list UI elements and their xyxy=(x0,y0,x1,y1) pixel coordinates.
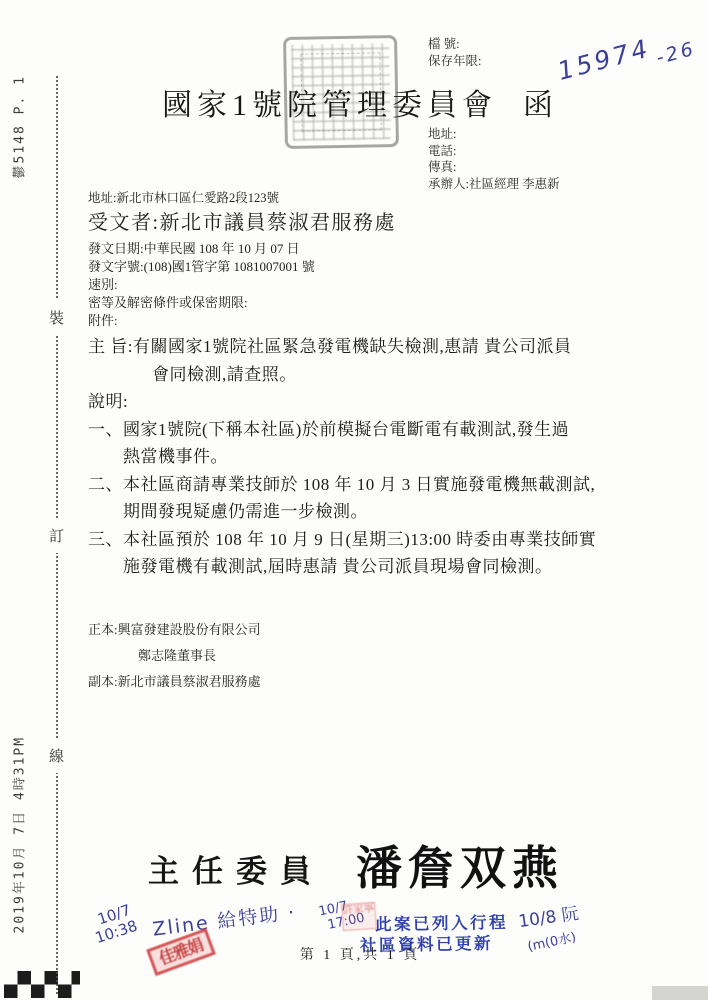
item-3-number: 三、 xyxy=(88,530,123,549)
handwritten-case-number: 15974-26 xyxy=(555,23,692,86)
retention-period-label: 保存年限: xyxy=(428,53,481,70)
document-title: 國家1號院管理委員會函 xyxy=(120,80,600,124)
issuer-name: 國家1號院管理委員會 xyxy=(162,89,497,122)
handwritten-note-3: (m(0水) xyxy=(526,926,578,955)
binding-mark-zhuang: 裝 xyxy=(48,300,65,335)
copies-block: 正本:興富發建設股份有限公司 鄭志隆董事長 副本:新北市議員蔡淑君服務處 xyxy=(88,617,261,695)
attachment-label: 附件: xyxy=(88,312,396,330)
red-small-seal-stamp: 許家寧 xyxy=(341,902,377,931)
signer-name: 潘詹双燕 xyxy=(356,832,564,898)
cc-copy-line: 副本:新北市議員蔡淑君服務處 xyxy=(88,669,261,695)
binding-mark-xian: 線 xyxy=(48,738,65,773)
item-3-line-2: 施發電機有載測試,屆時惠請 貴公司派員現場會同檢測。 xyxy=(88,553,596,581)
case-number-suffix: -26 xyxy=(654,37,698,69)
issuer-fax-label: 傳真: xyxy=(428,159,560,176)
signer-title: 主任委員 xyxy=(148,846,324,891)
item-2-number: 二、 xyxy=(88,475,123,494)
item-2-text-1: 本社區商請專業技師於 108 年 10 月 3 日實施發電機無載測試, xyxy=(123,475,595,494)
document-meta-block: 地址:新北市林口區仁愛路2段123號 受文者:新北市議員蔡淑君服務處 發文日期:… xyxy=(88,190,396,330)
subject-line-2: 會同檢測,請查照。 xyxy=(88,361,596,389)
send-date: 發文日期:中華民國 108 年 10 月 07 日 xyxy=(88,240,396,258)
handwritten-datetime-1: 10/7 10:38 xyxy=(96,901,140,944)
fax-timestamp: 2019年10月 7日 4時31PM xyxy=(9,780,28,934)
sender-address: 地址:新北市林口區仁愛路2段123號 xyxy=(88,190,396,206)
case-number-main: 15974 xyxy=(555,33,654,85)
archive-labels: 檔 號: 保存年限: xyxy=(428,36,481,70)
item-3-line-1: 三、本社區預於 108 年 10 月 9 日(星期三)13:00 時委由專業技師… xyxy=(88,526,596,554)
security-label: 密等及解密條件或保密期限: xyxy=(88,294,396,312)
item-2-line-2: 期間發現疑慮仍需進一步檢測。 xyxy=(88,498,596,526)
item-3-text-1: 本社區預於 108 年 10 月 9 日(星期三)13:00 時委由專業技師實 xyxy=(123,530,596,549)
scanned-letter-page: 鬱5148 P. 1 2019年10月 7日 4時31PM 裝 訂 線 檔 號:… xyxy=(0,0,708,1000)
item-1-line-2: 熱當機事件。 xyxy=(88,443,596,471)
subject-text-1: 有關國家1號院社區緊急發電機缺失檢測,惠請 貴公司派員 xyxy=(133,337,572,356)
binding-mark-ding: 訂 xyxy=(48,518,65,553)
fax-checkerboard-mark xyxy=(4,971,80,998)
letter-type: 函 xyxy=(523,89,558,122)
issuer-phone-label: 電話: xyxy=(428,143,560,160)
explanation-label: 說明: xyxy=(88,388,596,416)
item-1-text-1: 國家1號院(下稱本社區)於前模擬台電斷電有載測試,發生過 xyxy=(123,420,569,439)
subject-line-1: 主 旨:有關國家1號院社區緊急發電機缺失檢測,惠請 貴公司派員 xyxy=(88,333,596,361)
letter-body: 主 旨:有關國家1號院社區緊急發電機缺失檢測,惠請 貴公司派員 會同檢測,請查照… xyxy=(88,333,596,581)
issuer-contact-block: 地址: 電話: 傳真: 承辦人:社區經理 李惠新 xyxy=(428,126,560,192)
item-1-line-1: 一、國家1號院(下稱本社區)於前模擬台電斷電有載測試,發生過 xyxy=(88,416,596,444)
original-attention-line: 鄭志隆董事長 xyxy=(88,643,261,669)
item-1-number: 一、 xyxy=(88,420,123,439)
scan-artifact-corner xyxy=(652,986,708,1000)
item-2-line-1: 二、本社區商請專業技師於 108 年 10 月 3 日實施發電機無載測試, xyxy=(88,471,596,499)
subject-label: 主 旨: xyxy=(88,337,133,356)
issuer-address-label: 地址: xyxy=(428,126,560,143)
document-number: 發文字號:(108)國1管字第 1081007001 號 xyxy=(88,258,396,276)
handwritten-note-1: Zline 給特助 · xyxy=(151,897,298,941)
page-number-footer: 第 1 頁,共 1 頁 xyxy=(272,944,448,964)
fax-header-id: 鬱5148 P. 1 xyxy=(9,83,28,179)
original-copy-line: 正本:興富發建設股份有限公司 xyxy=(88,617,261,643)
recipient-line: 受文者:新北市議員蔡淑君服務處 xyxy=(88,206,396,240)
speed-label: 速別: xyxy=(88,276,396,294)
issuer-contact-person: 承辦人:社區經理 李惠新 xyxy=(428,176,560,193)
file-number-label: 檔 號: xyxy=(428,36,481,53)
